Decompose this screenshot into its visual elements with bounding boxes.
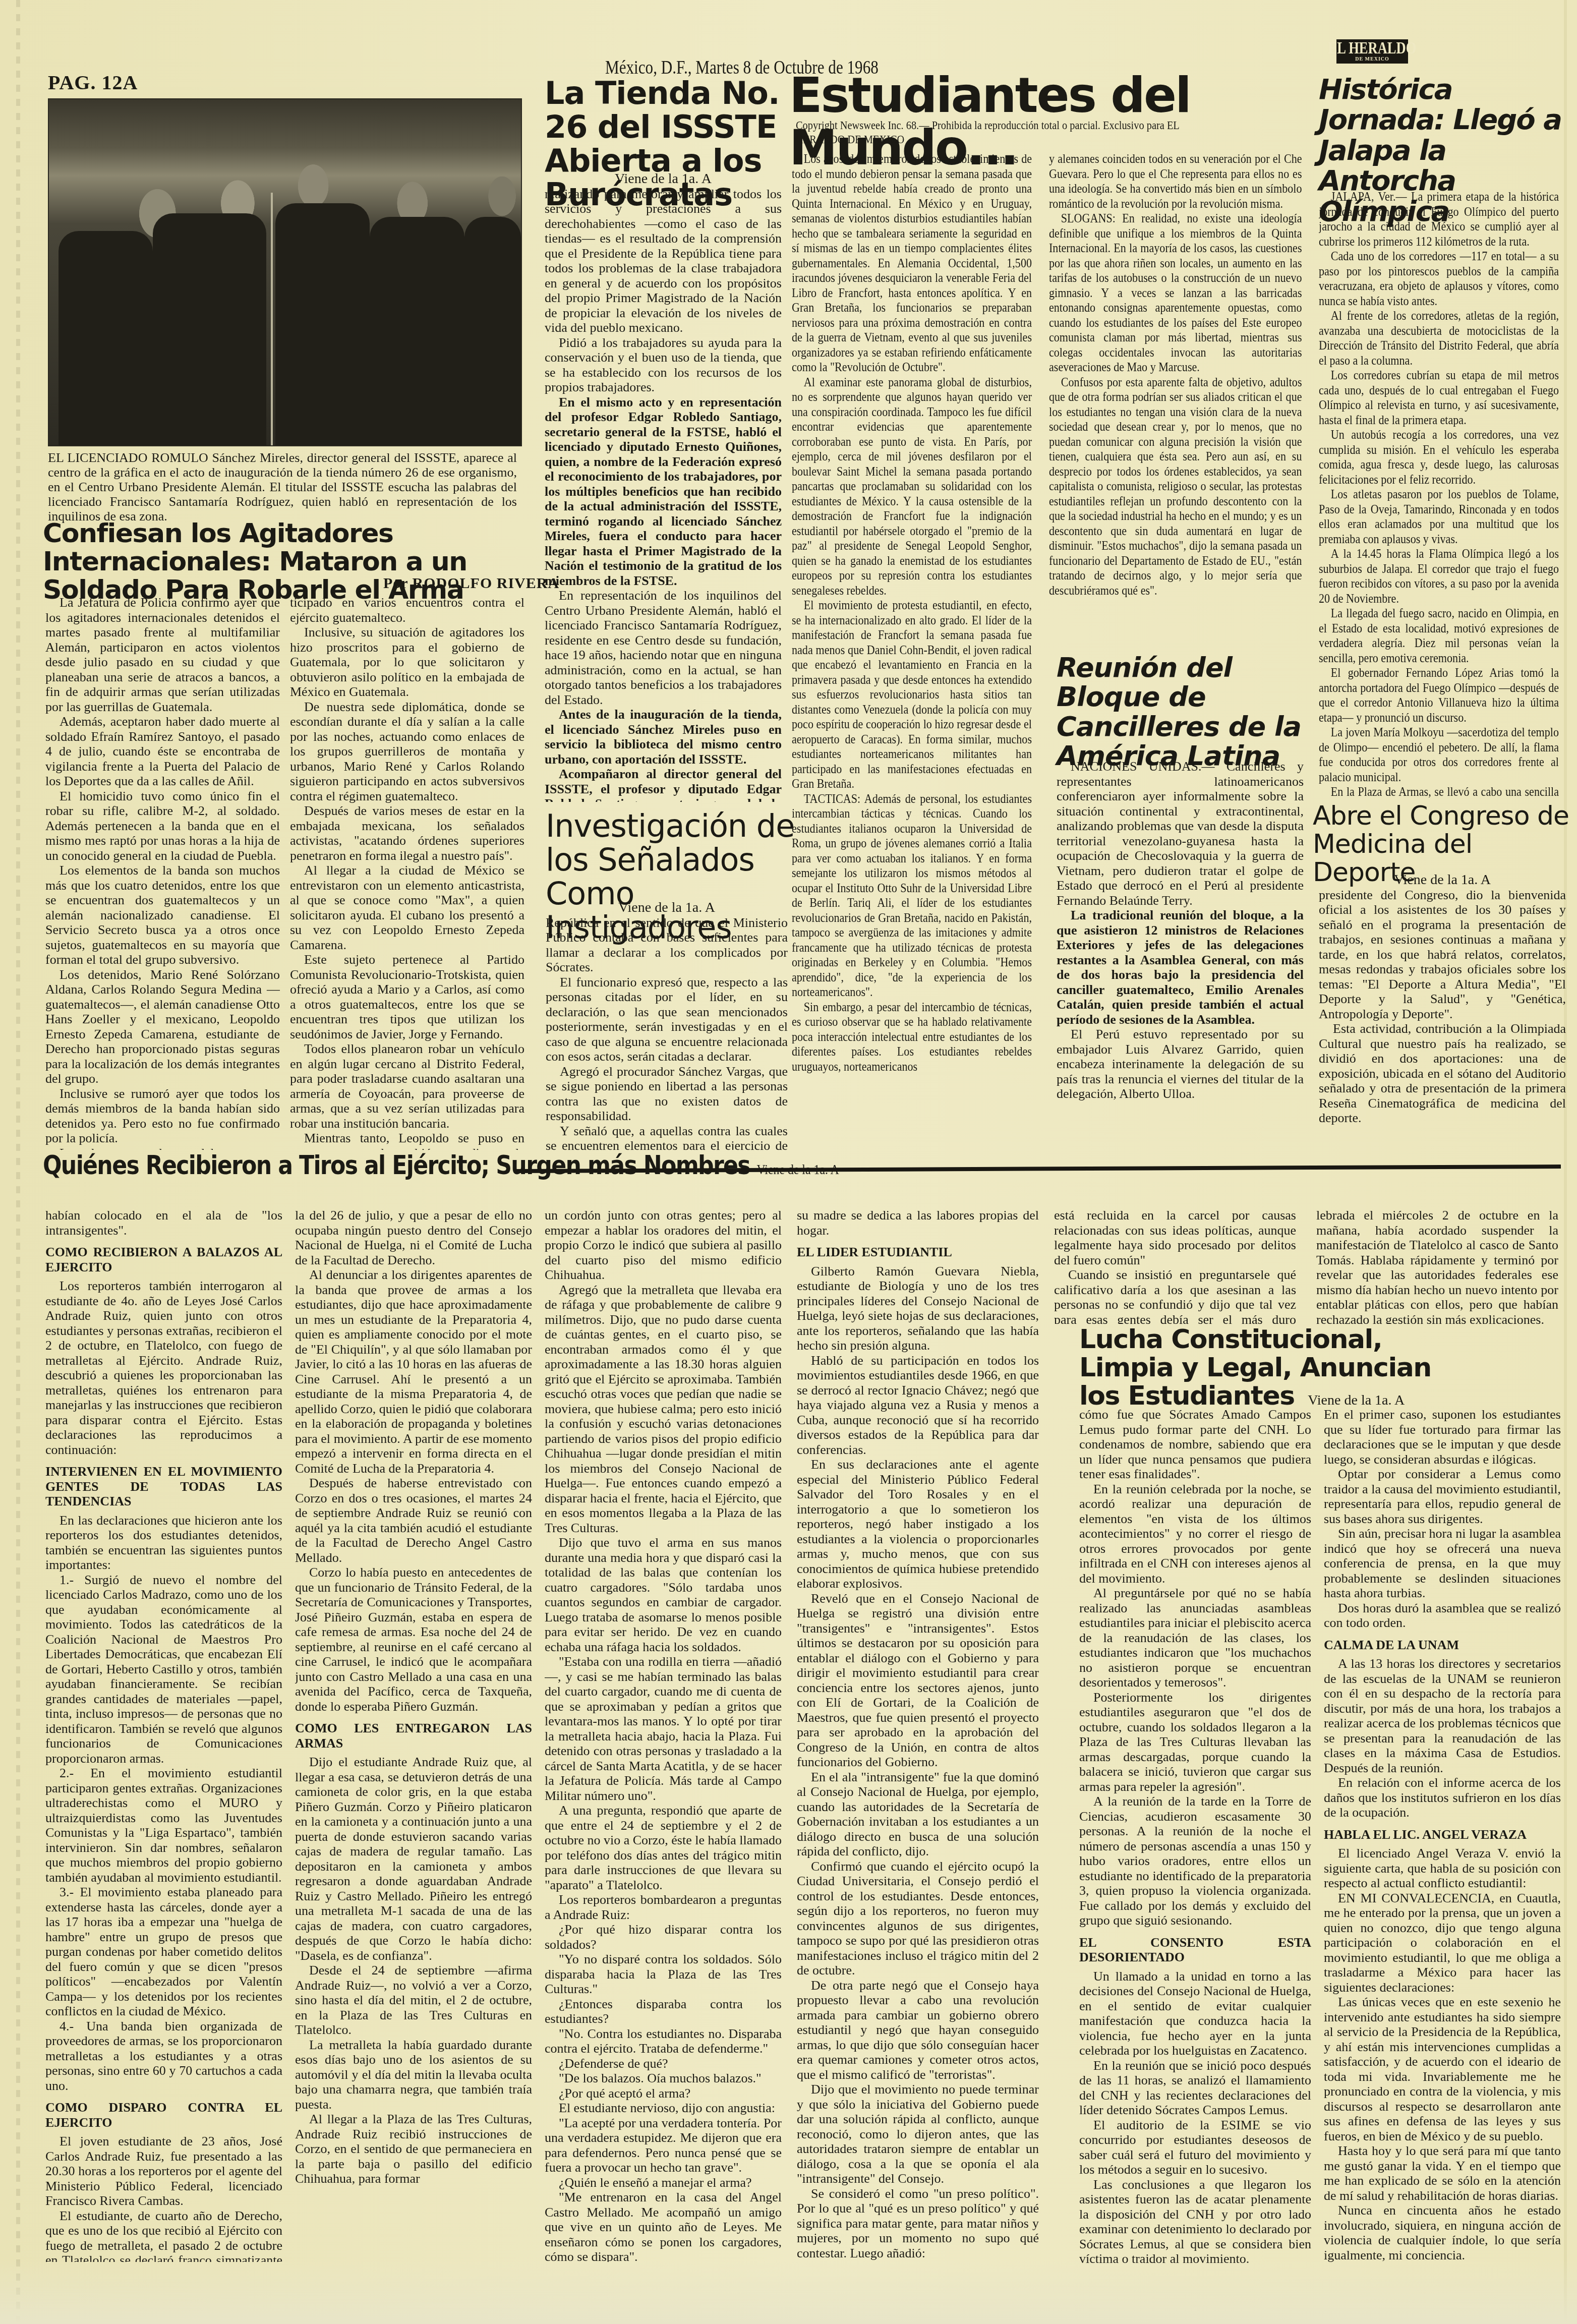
subheading: COMO LES ENTREGARON LAS ARMAS	[295, 1721, 532, 1751]
paragraph: Hasta hoy y lo que será para mí que tant…	[1324, 2143, 1561, 2203]
paragraph: ¿Por qué aceptó el arma?	[545, 2086, 782, 2101]
paragraph: Los reporteros también interrogaron al e…	[45, 1279, 282, 1457]
paragraph: Se consideró el como "un preso político"…	[797, 2186, 1039, 2261]
paragraph: un cordón junto con otras gentes; pero a…	[545, 1208, 782, 1283]
paragraph: Inclusive se rumoró ayer que todos los d…	[45, 1086, 280, 1146]
paragraph: habían colocado en el ala de "los intran…	[45, 1208, 282, 1238]
headline-reunion-cancilleres: Reunión del Bloque de Cancilleres de la …	[1057, 653, 1309, 771]
paragraph: Los atletas pasaron por los pueblos de T…	[1319, 487, 1559, 546]
paragraph: Además, aceptaron haber dado muerte al s…	[45, 714, 280, 789]
photo-figure	[370, 217, 464, 445]
article-quienes-col1: habían colocado en el ala de "los intran…	[45, 1208, 282, 2262]
paragraph: "De los balazos. Oía muchos balazos."	[545, 2071, 782, 2086]
paragraph: JALAPA, Ver.— La primera etapa de la his…	[1319, 189, 1559, 249]
article-abre-body: Viene de la 1a. A presidente del Congres…	[1319, 873, 1566, 1145]
paragraph: El auditorio de la ESIME se vio concurri…	[1079, 2118, 1311, 2177]
paragraph: Al llegar a la Plaza de las Tres Cultura…	[295, 2112, 532, 2186]
page-number: PAG. 12A	[48, 71, 138, 94]
paragraph: Sin aún, precisar hora ni lugar la asamb…	[1324, 1526, 1561, 1601]
continued-from: Viene de la 1a. A	[1308, 1392, 1405, 1408]
paragraph: SLOGANS: En realidad, no existe una ideo…	[1049, 211, 1302, 375]
page-edge-perforation	[16, 0, 20, 2324]
paragraph: La joven María Molkoyu —sacerdotiza del …	[1319, 725, 1559, 784]
article-quienes-col5: está recluida en la carcel por causas re…	[1054, 1208, 1296, 1324]
subheading: INTERVIENEN EN EL MOVIMIENTO GENTES DE T…	[45, 1464, 282, 1509]
article-estudiantes-col1: Los acosados miembros de los establecimi…	[792, 151, 1032, 1145]
paragraph: ¿Entonces disparaba contra los estudiant…	[545, 1997, 782, 2026]
paragraph: El movimiento de protesta estudiantil, e…	[792, 598, 1032, 791]
article-lucha-col2: En el primer caso, suponen los estudiant…	[1324, 1407, 1561, 2264]
paragraph: Posteriormente los dirigentes estudianti…	[1079, 1690, 1311, 1794]
paragraph: Un llamado a la unidad en torno a las de…	[1079, 1969, 1311, 2058]
paragraph: Los acosados miembros de los establecimi…	[792, 151, 1032, 375]
paragraph: La llegada del fuego sacro, nacido en Ol…	[1319, 606, 1559, 665]
paragraph: Después de haberse entrevistado con Corz…	[295, 1476, 532, 1565]
paragraph: Corzo lo había puesto en antecedentes de…	[295, 1565, 532, 1714]
paragraph: Los detenidos, Mario René Solórzano Alda…	[45, 967, 280, 1086]
paragraph: Dos horas duró la asamblea que se realiz…	[1324, 1601, 1561, 1631]
paragraph: realizando para mejorar y ampliar todos …	[545, 187, 782, 335]
paragraph: lebrada el miércoles 2 de octubre en la …	[1316, 1208, 1558, 1324]
paragraph: La metralleta la había guardado durante …	[295, 2038, 532, 2112]
paragraph: Al frente de los corredores, atletas de …	[1319, 308, 1559, 368]
paragraph: De otra parte negó que el Consejo haya p…	[797, 1978, 1039, 2082]
paragraph: Cada uno de los corredores —117 en total…	[1319, 249, 1559, 308]
article-historica-body: JALAPA, Ver.— La primera etapa de la his…	[1319, 189, 1559, 799]
paragraph: Pidió a los trabajadores su ayuda para l…	[545, 335, 782, 395]
article-quienes-col6: lebrada el miércoles 2 de octubre en la …	[1316, 1208, 1558, 1324]
subheading: EL CONSENTO ESTA DESORIENTADO	[1079, 1935, 1311, 1965]
paragraph: NACIONES UNIDAS.— Cancilleres y represen…	[1057, 759, 1304, 908]
paragraph: ¿Defenderse de qué?	[545, 2056, 782, 2071]
paragraph: A las 13 horas los directores y secretar…	[1324, 1656, 1561, 1775]
paragraph: El estudiante nervioso, dijo con angusti…	[545, 2101, 782, 2116]
subheading: CALMA DE LA UNAM	[1324, 1638, 1561, 1653]
paragraph: Gilberto Ramón Guevara Niebla, estudiant…	[797, 1264, 1039, 1353]
paragraph: En representación de los inquilinos del …	[545, 588, 782, 707]
article-reunion-body: NACIONES UNIDAS.— Cancilleres y represen…	[1057, 759, 1304, 1147]
paragraph: y alemanes coinciden todos en su venerac…	[1049, 151, 1302, 211]
paragraph: Desde el 24 de septiembre —afirma Andrad…	[295, 1963, 532, 2038]
paragraph: ticipado en varios encuentros contra el …	[290, 595, 524, 625]
article-investigacion-body: Viene de la 1a. A República en el sentid…	[546, 900, 788, 1150]
paragraph: TACTICAS: Además de personal, los estudi…	[792, 791, 1032, 1000]
paragraph: En el primer caso, suponen los estudiant…	[1324, 1407, 1561, 1467]
paragraph: Habló de su participación en todos los m…	[797, 1353, 1039, 1458]
article-estudiantes-col2: y alemanes coinciden todos en su venerac…	[1049, 151, 1302, 635]
paragraph: Antes de la inauguración de la tienda, e…	[545, 707, 782, 767]
masthead-logo: EL HERALDO DE MEXICO	[1336, 39, 1408, 64]
paragraph: El gobernador Fernando López Arias tomó …	[1319, 665, 1559, 725]
paragraph: Confusos por esta aparente falta de obje…	[1049, 375, 1302, 598]
paragraph: En la reunión que se inició poco después…	[1079, 2058, 1311, 2118]
paragraph: Al denunciar a los dirigentes aparentes …	[295, 1267, 532, 1476]
paragraph: "No. Contra los estudiantes no. Disparab…	[545, 2026, 782, 2056]
paragraph: El Perú estuvo representado por su embaj…	[1057, 1027, 1304, 1101]
paragraph: su madre se dedica a las labores propias…	[797, 1208, 1039, 1238]
subheading: HABLA EL LIC. ANGEL VERAZA	[1324, 1827, 1561, 1842]
paragraph: Dijo el estudiante Andrade Ruiz que, al …	[295, 1755, 532, 1963]
paragraph: "Estaba con una rodilla en tierra —añadi…	[545, 1654, 782, 1803]
copyright-note: Copyright Newsweek Inc. 68.— Prohibida l…	[796, 119, 1216, 147]
paragraph: El estudiante, de cuarto año de Derecho,…	[45, 2209, 282, 2262]
paragraph: Reveló que en el Consejo Nacional de Hue…	[797, 1591, 1039, 1770]
paragraph: En la reunión celebrada por la noche, se…	[1079, 1482, 1311, 1586]
paragraph: A la reunión de la tarde en la Torre de …	[1079, 1794, 1311, 1928]
paragraph: EN MI CONVALECENCIA, en Cuautla, me he e…	[1324, 1891, 1561, 1995]
paragraph: "Yo no disparé contra los soldados. Sólo…	[545, 1952, 782, 1997]
paragraph: El homicidio tuvo como único fin el roba…	[45, 789, 280, 863]
paragraph: Los elementos de la banda son muchos más…	[45, 863, 280, 967]
microphone-stand	[271, 193, 273, 445]
paragraph: 2.- En el movimiento estudiantil partici…	[45, 1766, 282, 1885]
subheading: COMO DISPARO CONTRA EL EJERCITO	[45, 2100, 282, 2130]
paragraph: Las únicas veces que en este sexenio he …	[1324, 1995, 1561, 2143]
paragraph: Después de varios meses de estar en la e…	[290, 803, 524, 863]
paragraph: El licenciado Angel Veraza V. envió la s…	[1324, 1846, 1561, 1891]
page-edge	[1564, 0, 1567, 2324]
paragraph: Los corredores cubrían su etapa de mil m…	[1319, 368, 1559, 427]
headline-quienes-recibieron: Quiénes Recibieron a Tiros al Ejército; …	[43, 1151, 839, 1180]
headline-lucha-constitucional: Lucha Constitucional, Limpia y Legal, An…	[1079, 1325, 1452, 1410]
newspaper-page: PAG. 12A México, D.F., Martes 8 de Octub…	[0, 0, 1577, 2324]
article-quienes-col2: la del 26 de julio, y que a pesar de ell…	[295, 1208, 532, 2262]
photo-caption: EL LICENCIADO ROMULO Sánchez Mireles, di…	[48, 450, 517, 524]
paragraph: 3.- El movimiento estaba planeado para e…	[45, 1885, 282, 2019]
paragraph: Y señaló que, a aquellas contra las cual…	[546, 1124, 788, 1150]
byline: Por RODOLFO RIVERA	[383, 575, 559, 592]
paragraph: ¿Quién le enseñó a manejar el arma?	[545, 2175, 782, 2190]
paragraph: Dijo que el movimiento no puede terminar…	[797, 2082, 1039, 2186]
paragraph: Inclusive, su situación de agitadores lo…	[290, 625, 524, 700]
paragraph: cómo fue que Sócrates Amado Campos Lemus…	[1079, 1407, 1311, 1482]
paragraph: La Jefatura de Policía confirmó ayer que…	[45, 595, 280, 714]
paragraph: Mientras tanto, Leopoldo se puso en cont…	[290, 1131, 524, 1150]
paragraph: Nunca en cincuenta años he estado involu…	[1324, 2203, 1561, 2262]
paragraph: En la Plaza de Armas, se llevó a cabo un…	[1319, 784, 1559, 799]
page-bottom-margin	[0, 2259, 1577, 2324]
photo-figure	[464, 217, 521, 445]
paragraph: 4.- Una banda bien organizada de proveed…	[45, 2019, 282, 2094]
article-quienes-col3: un cordón junto con otras gentes; pero a…	[545, 1208, 782, 2262]
paragraph: Al examinar este panorama global de dist…	[792, 375, 1032, 598]
paragraph: Los dos guatemaltecos del grupo son acti…	[45, 1146, 280, 1150]
paragraph: Todos ellos planearon robar un vehículo …	[290, 1041, 524, 1131]
headline-text: Quiénes Recibieron a Tiros al Ejército; …	[43, 1150, 750, 1181]
continued-from: Viene de la 1a. A	[545, 171, 782, 187]
paragraph: El joven estudiante de 23 años, José Car…	[45, 2134, 282, 2209]
photo-figure	[275, 203, 370, 445]
article-tienda-body: Viene de la 1a. A realizando para mejora…	[545, 171, 782, 802]
paragraph: Agregó el procurador Sánchez Vargas, que…	[546, 1064, 788, 1124]
paragraph: Un autobús recogía a los corredores, una…	[1319, 427, 1559, 487]
paragraph: De nuestra sede diplomática, donde se es…	[290, 700, 524, 804]
paragraph: El funcionario expresó que, respecto a l…	[546, 975, 788, 1064]
paragraph: Esta actividad, contribución a la Olimpi…	[1319, 1021, 1566, 1126]
paragraph: Las conclusiones a que llegaron los asis…	[1079, 2177, 1311, 2265]
paragraph: 1.- Surgió de nuevo el nombre del licenc…	[45, 1573, 282, 1766]
article-quienes-col4: su madre se dedica a las labores propias…	[797, 1208, 1039, 2262]
paragraph: Acompañaron al director general del ISSS…	[545, 767, 782, 802]
photo-figure	[153, 213, 266, 445]
paragraph: "Me entrenaron en la casa del Angel Cast…	[545, 2190, 782, 2262]
paragraph: En relación con el informe acerca de los…	[1324, 1775, 1561, 1820]
paragraph: está recluida en la carcel por causas re…	[1054, 1208, 1296, 1267]
article-confiesan-col1: La Jefatura de Policía confirmó ayer que…	[45, 595, 280, 1150]
masthead-title: EL HERALDO	[1328, 40, 1417, 56]
paragraph: Al llegar a la ciudad de México se entre…	[290, 863, 524, 952]
paragraph: En sus declaraciones ante el agente espe…	[797, 1457, 1039, 1591]
paragraph: En el mismo acto y en representación del…	[545, 395, 782, 589]
photo-figure	[59, 231, 153, 445]
article-confiesan-col2: ticipado en varios encuentros contra el …	[290, 595, 524, 1150]
paragraph: A la 14.45 horas la Flama Olímpica llegó…	[1319, 546, 1559, 606]
article-lucha-col1: cómo fue que Sócrates Amado Campos Lemus…	[1079, 1407, 1311, 2264]
subheading: EL LIDER ESTUDIANTIL	[797, 1245, 1039, 1260]
paragraph: En las declaraciones que hicieron ante l…	[45, 1513, 282, 1573]
paragraph: Optar por considerar a Lemus como traido…	[1324, 1467, 1561, 1526]
paragraph: Los reporteros bombardearon a preguntas …	[545, 1892, 782, 1922]
paragraph: Confirmó que cuando el ejército ocupó la…	[797, 1859, 1039, 1978]
paragraph: Agregó que la metralleta que llevaba era…	[545, 1283, 782, 1536]
paragraph: Este sujeto pertenece al Partido Comunis…	[290, 952, 524, 1041]
paragraph: Al preguntársele por qué no se había rea…	[1079, 1586, 1311, 1690]
news-photo	[48, 98, 522, 446]
continued-from: Viene de la 1a. A	[546, 900, 788, 915]
continued-from: Viene de la 1a. A	[1319, 873, 1566, 888]
paragraph: ¿Por qué hizo disparar contra los soldad…	[545, 1922, 782, 1952]
paragraph: Dijo que tuvo el arma en sus manos duran…	[545, 1535, 782, 1654]
paragraph: A una pregunta, respondió que aparte de …	[545, 1803, 782, 1892]
paragraph: "La acepté por una verdadera tontería. P…	[545, 2116, 782, 2175]
paragraph: Sin embargo, a pesar del intercambio de …	[792, 1000, 1032, 1074]
paragraph: Cuando se insistió en preguntarsele qué …	[1054, 1267, 1296, 1324]
paragraph: República en el sentido de que el Minist…	[546, 915, 788, 975]
paragraph: La tradicional reunión del bloque, a la …	[1057, 908, 1304, 1027]
paragraph: En el ala "intransigente" fue la que dom…	[797, 1770, 1039, 1859]
paragraph: la del 26 de julio, y que a pesar de ell…	[295, 1208, 532, 1267]
subheading: COMO RECIBIERON A BALAZOS AL EJERCITO	[45, 1245, 282, 1274]
paragraph: presidente del Congreso, dio la bienveni…	[1319, 888, 1566, 1022]
